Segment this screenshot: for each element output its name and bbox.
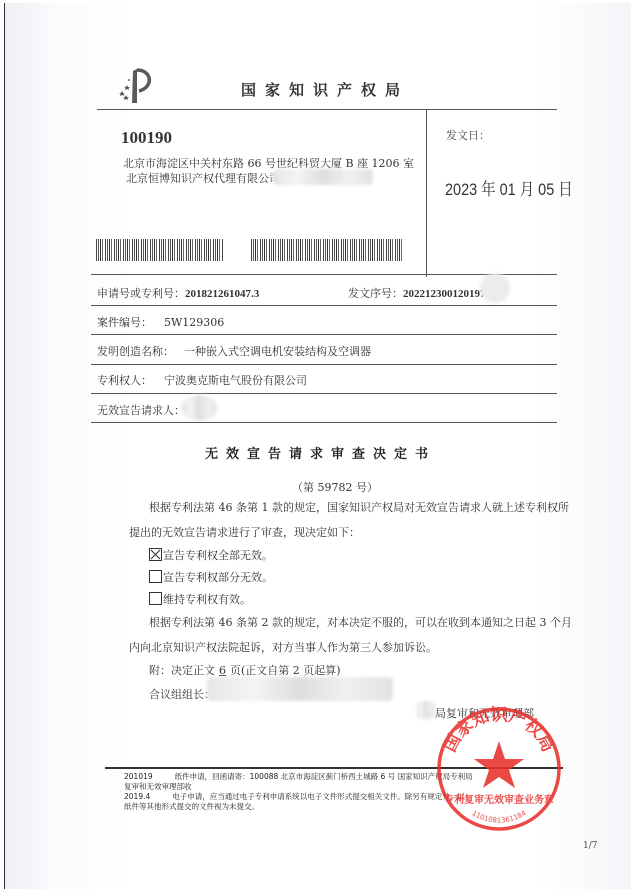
field-divider: [91, 393, 557, 394]
header-column-divider: [426, 109, 427, 277]
option-label: 宣告专利权全部无效。: [163, 549, 273, 562]
attachment-note: 附：决定正文6页(正文自第 2 页起算): [149, 662, 341, 678]
field-value: 一种嵌入式空调电机安装结构及空调器: [184, 345, 371, 358]
postcode: 100190: [121, 128, 172, 148]
field-value: 宁波奥克斯电气股份有限公司: [164, 374, 307, 387]
field-case-number: 案件编号：5W129306: [97, 314, 224, 330]
field-divider: [91, 422, 557, 423]
cnipa-logo-icon: [118, 65, 158, 105]
redacted-region: [273, 169, 373, 185]
field-value: 5W129306: [164, 316, 224, 329]
option-full-invalid: 宣告专利权全部无效。: [149, 547, 273, 563]
option-label: 宣告专利权部分无效。: [163, 571, 273, 584]
field-label: 发明创造名称：: [97, 345, 174, 358]
header-divider: [97, 109, 557, 110]
footer-note-4: 纸件等其他形式提交的文件视为未提交。: [124, 801, 259, 812]
field-divider: [91, 334, 557, 335]
attachment-pages: 6: [215, 664, 230, 677]
checkbox-checked: [149, 548, 162, 561]
field-patentee: 专利权人：宁波奥克斯电气股份有限公司: [97, 372, 307, 388]
footer-text: 电子申请，应当通过电子专利申请系统以电子文件形式提交相关文件。除另有规定外，以: [172, 792, 465, 801]
redacted-region: [480, 273, 510, 303]
field-divider: [91, 305, 557, 306]
checkbox-unchecked: [149, 592, 162, 605]
field-invention-title: 发明创造名称：一种嵌入式空调电机安装结构及空调器: [97, 343, 371, 359]
barcode-right: [251, 239, 404, 261]
paragraph-1-line-1: 根据专利法第 46 条第 1 款的规定，国家知识产权局对无效宣告请求人就上述专利…: [149, 499, 569, 515]
document-page: 国家知识产权局 100190 北京市海淀区中关村东路 66 号世纪科贸大厦 B …: [4, 3, 631, 889]
agency-name: 国家知识产权局: [241, 79, 409, 100]
paragraph-1-line-2: 提出的无效宣告请求进行了审查，现决定如下：: [129, 524, 360, 540]
field-label: 专利权人：: [97, 374, 152, 387]
field-dispatch-number: 发文序号：202212300120197: [348, 285, 486, 301]
option-partial-invalid: 宣告专利权部分无效。: [149, 569, 273, 585]
field-requester: 无效宣告请求人：: [97, 402, 185, 418]
svg-text:1101081361184: 1101081361184: [470, 809, 528, 825]
paragraph-2-line-1: 根据专利法第 46 条第 2 款的规定，对本决定不服的，可以在收到本通知之日起 …: [149, 614, 572, 630]
barcode-left: [96, 239, 224, 261]
field-value: 202212300120197: [403, 288, 486, 300]
field-value: 201821261047.3: [185, 288, 259, 300]
redacted-region: [207, 677, 393, 701]
checkbox-unchecked: [149, 570, 162, 583]
field-divider: [91, 364, 557, 365]
field-label: 无效宣告请求人：: [97, 404, 185, 417]
footer-code: 2019.4: [124, 792, 150, 801]
redacted-region: [181, 395, 217, 421]
field-label: 案件编号：: [97, 316, 152, 329]
panel-leader-label: 合议组组长：: [149, 686, 215, 702]
field-application-number: 申请号或专利号：201821261047.3: [97, 285, 259, 301]
footer-text: 纸件申请，回函请寄：100088 北京市海淀区蓟门桥西土城路 6 号 国家知识产…: [175, 772, 473, 781]
option-maintain-valid: 维持专利权有效。: [149, 591, 251, 607]
field-label: 发文序号：: [348, 287, 403, 300]
page-indicator: 1/7: [583, 841, 597, 851]
attachment-suffix: 页(正文自第 2 页起算): [230, 664, 341, 677]
option-label: 维持专利权有效。: [163, 593, 251, 606]
recipient-agency: 北京恒博知识产权代理有限公司: [126, 170, 280, 186]
official-seal-icon: 国家知识产权局 专利复审无效审查业务章 1101081361184: [435, 705, 563, 833]
field-label: 申请号或专利号：: [97, 287, 185, 300]
attachment-prefix: 附：决定正文: [149, 664, 215, 677]
redacted-region: [417, 701, 435, 719]
send-date: 2023 年 01 月 05 日: [445, 175, 573, 200]
svg-text:专利复审无效审查业务章: 专利复审无效审查业务章: [444, 793, 554, 806]
document-title: 无效宣告请求审查决定书: [205, 443, 436, 462]
footer-code: 201019: [124, 772, 153, 781]
paragraph-2-line-2: 内向北京知识产权法院起诉，对方当事人作为第三人参加诉讼。: [129, 639, 437, 655]
decision-number: （第 59782 号）: [292, 479, 378, 495]
send-date-label: 发文日：: [446, 127, 490, 143]
